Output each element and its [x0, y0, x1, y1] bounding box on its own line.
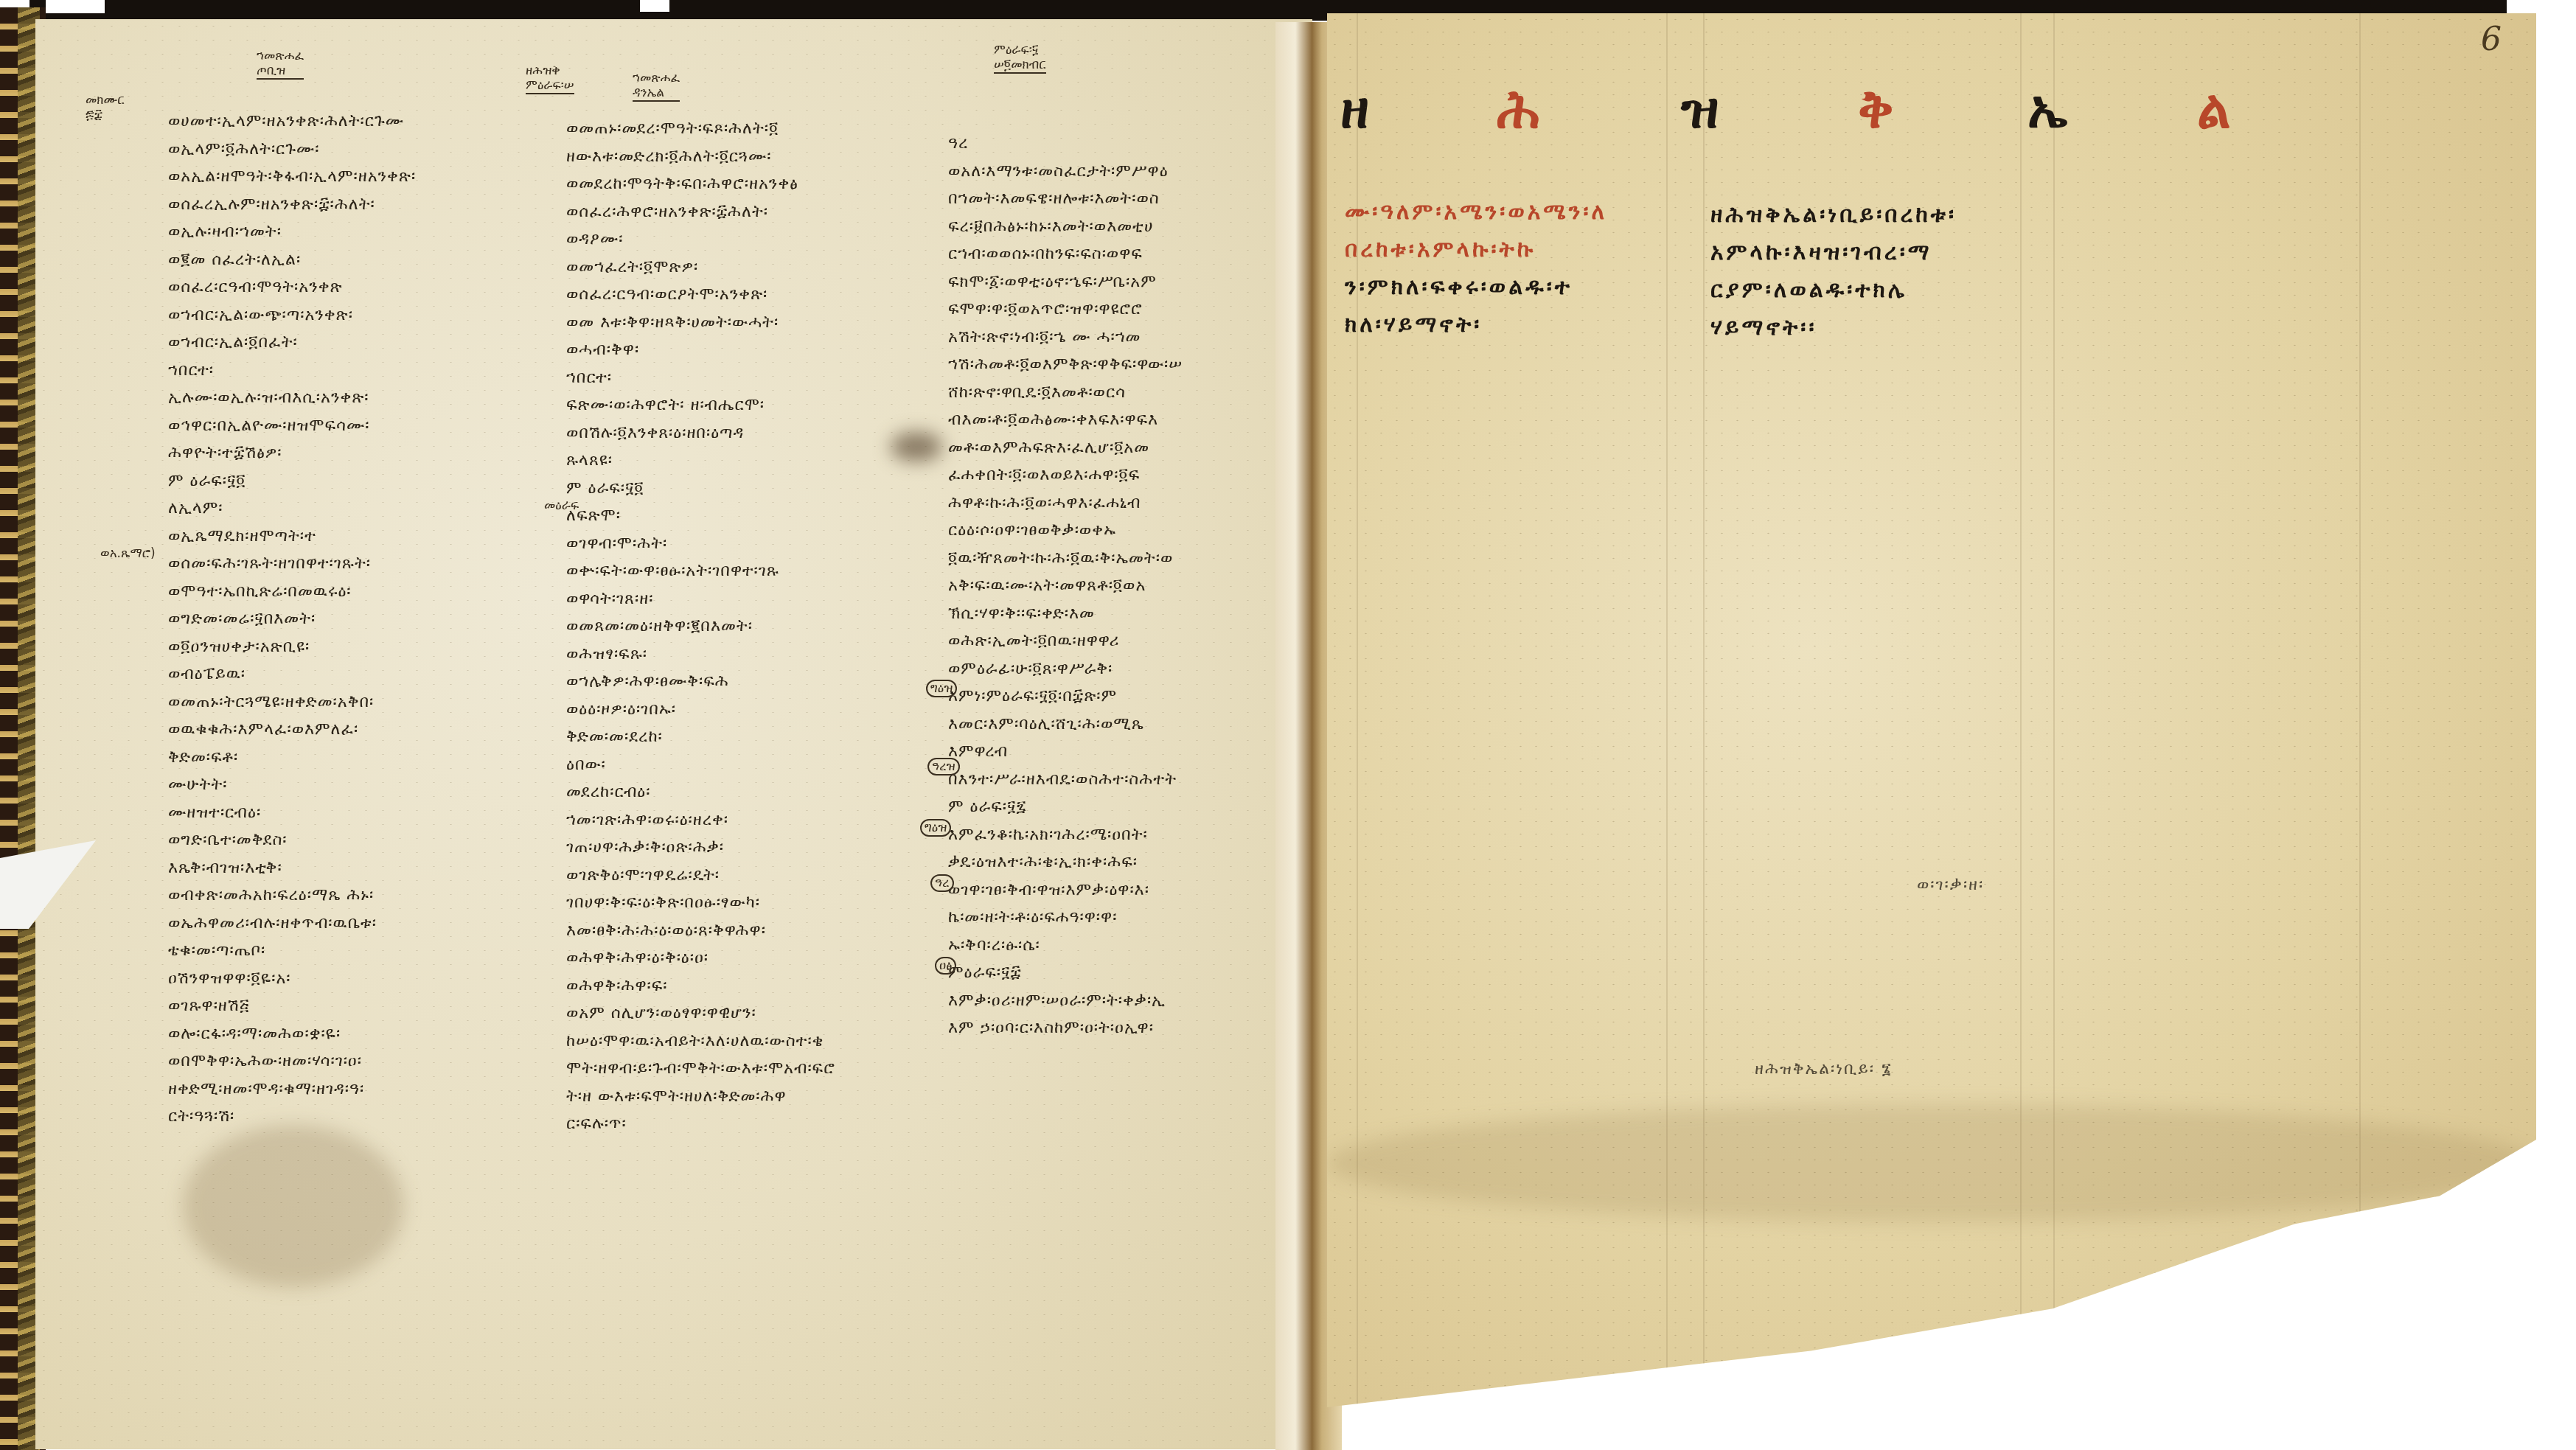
text-line: ኀበርተ፡ [168, 357, 551, 385]
header-letter: ቅ [1858, 78, 1893, 142]
margin-note: መዕራፍ [544, 498, 579, 513]
text-line: ወሎ፡ርፋ፡ዳ፡ማ፡መሕወ፡ቋ፡ዬ፡ [168, 1020, 551, 1048]
text-line: አቅ፡ፍ፡ዉ፡ሙ፡አት፡መዋጸቶ፡፬ወአ [948, 572, 1302, 600]
text-line: እመ፡ፀቅ፡ሕ፡ሕ፡ዕ፡ወዕ፡ጸ፡ቅዋሕዋ፡ [566, 917, 950, 945]
ruling-line [2053, 13, 2055, 1421]
text-line: ገበሀዋ፡ቅ፡ፍ፡ዕ፡ቅጽ፡በዐፁ፡ፃውካ፡ [566, 889, 950, 917]
text-line: ን፡ምክለ፡ፍቀሩ፡ወልዱ፡ተ [1345, 274, 1607, 300]
image-margin [640, 0, 669, 12]
text-line: በእንተ፡ሥራ፡ዘእብዴ፡ወስሕተ፡ስሕተት [948, 766, 1302, 794]
text-line: ወብቀጽ፡መሕአከ፡ፍረዕ፡ማጼ ሕኑ፡ [168, 882, 551, 910]
text-line: ኀሽ፡ሕመቶ፡፬ወእምቅጽ፡ዋቅፍ፡ዋው፡ሠ [948, 351, 1302, 379]
text-line: መደረከ፡ርብዕ፡ [566, 778, 950, 806]
text-line: ወዳዖሙ፡ [566, 226, 950, 254]
margin-note: መክሙር ፷፰ [86, 93, 125, 122]
text-line: እምዋረብ [948, 738, 1302, 766]
text-line: ኽሲ፡ሃዋ፡ቅ፡፡ፍ፡ቀድ፡እመ [948, 600, 1302, 628]
text-line: ዘቀድሚ፡ዘመ፡ሞዳ፡ቁማ፡ዘገዳ፡ዓ፡ [168, 1076, 551, 1104]
text-line: ወሕዋቅ፡ሕዋ፡ፍ፡ [566, 972, 950, 1000]
text-line: ወአም ሰሊሆን፡ወዕፃዋ፡ዋዊሆን፡ [566, 1000, 950, 1028]
text-line: ለፍጽሞ፡ [566, 502, 950, 530]
text-line: ም ዕራፍ፡፶፬ [168, 467, 551, 495]
text-line: ወሰፈረ፡ርዓብ፡ሞዓት፡አንቀጽ [168, 273, 551, 301]
text-line: ወኀብር፡ኢል፡፬በፈት፡ [168, 329, 551, 357]
faint-stamp: ወ፡ገ፡ቃ፡ዘ፡ [1917, 876, 1984, 894]
text-line: ወበሞቅዋ፡ኤሕው፡ዘመ፡ሃሳ፡ገ፡ዐ፡ [168, 1048, 551, 1076]
chapter-marker: ግዕዝ [920, 819, 951, 837]
rubricated-line: ሙ፡ዓለም፡አሜን፡ወአሜን፡ለ [1345, 199, 1607, 225]
text-line: ኡ፡ቅባ፡ረ፡ፁ፡ሴ፡ [948, 932, 1302, 960]
right-column-2: ዘሕዝቅኤል፡ነቢይ፡በረከቱ፡አምላኩ፡እዛዝ፡ገብረ፡ማርያም፡ለወልዱ፡ተ… [1710, 202, 1957, 352]
text-line: ወኢሉ፡ዛብ፡ኀመት፡ [168, 218, 551, 246]
column-heading: ዘሕዝቅምዕራፍ፡ሠ [526, 63, 574, 94]
text-line: ወመ እቱ፡ቅዋ፡ዘጻቅ፡ሀመት፡ውሓት፡ [566, 309, 950, 337]
text-line: ርት፡ዓጓ፡ሽ፡ [168, 1103, 551, 1131]
text-line: ወገጽቅዕ፡ሞ፡ገዋዴሬ፡ዴት፡ [566, 862, 950, 890]
text-line: ገጠ፡ሀዋ፡ሕቃ፡ቅ፡ዐጽ፡ሕቃ፡ [566, 834, 950, 862]
text-line: ብእመ፡ቶ፡፬ወሕፅሙ፡ቀእፍእ፡ዋፍእ [948, 406, 1302, 434]
text-line: ርዕዕ፡ሶ፡ዐዋ፡ገፀወቅቃ፡ወቀኡ [948, 517, 1302, 545]
chapter-marker: ግዕዝ [926, 680, 957, 697]
ruling-line [2359, 13, 2361, 1421]
text-line: ዕበው፡ [566, 751, 950, 779]
text-line: ሕዋዮት፡ተ፰ሽፅዎ፡ [168, 439, 551, 467]
text-line: እምፈንቆ፡ኬ፡አክ፡ገሕረ፡ሜ፡ዐበት፡ [948, 821, 1302, 849]
ruling-line [1666, 13, 1668, 1421]
text-line: ወሕዋቅ፡ሕዋ፡ዕ፡ቅ፡ዕ፡ዐ፡ [566, 944, 950, 972]
text-line: ፬ዉ፡ዥጸመት፡ኩ፡ሕ፡፬ዉ፡ቅ፡ኤመት፡ወ [948, 545, 1302, 573]
text-line: ሃይማኖት፡፡ [1710, 315, 1957, 341]
folio-number: 6 [2481, 21, 2502, 58]
text-line: ወበሽሉ፡፬እንቀጸ፡ዕ፡ዘበ፡ዕጣዳ [566, 419, 950, 447]
text-line: ኀበርተ፡ [566, 364, 950, 392]
text-line: ወመጸመ፡መዕ፡ዘቅዋ፡፪በእመት፡ [566, 613, 950, 641]
text-line: ወመኀፈረት፡፬ሞጽዎ፡ [566, 254, 950, 282]
text-line: ወሰፈረ፡ሕዋሮ፡ዘአንቀጽ፡፰ሕለት፡ [566, 198, 950, 226]
text-line: ወኀብር፡ኢል፡ውጭ፡ጣ፡አንቀጽ፡ [168, 301, 551, 330]
text-line: ሸከ፡ጽኖ፡ዋቢዴ፡፬እመቶ፡ወርሳ [948, 379, 1302, 407]
column-heading: ኀመጽሐፈዳንኤል [633, 71, 680, 102]
text-line: ወአኢል፡ዘሞዓት፡ቅፋብ፡ኢላም፡ዘአንቀጽ፡ [168, 163, 551, 191]
chapter-marker: ዓረ [930, 874, 954, 892]
text-line: በኀመት፡እመፍዌ፡ዘሎቱ፡እመት፡ወስ [948, 185, 1302, 213]
text-line: ወኅዋር፡በኢልዮሙ፡ዘዝሞፍሳሙ፡ [168, 412, 551, 440]
text-line: ቴቁ፡መ፡ጣ፡ጤቦ፡ [168, 937, 551, 965]
text-line: ም ዕራፍ፡፶፯ [948, 793, 1302, 821]
text-line: ፈሐቀበት፡፬፡ወእወይእ፡ሐዋ፡፬ፍ [948, 461, 1302, 489]
text-line: ወግድ፡ቤተ፡መቅደስ፡ [168, 826, 551, 854]
text-line: ወኀሌቅዎ፡ሕዋ፡ፀሙቅ፡ፍሕ [566, 668, 950, 696]
text-line: አሽት፡ጽኖ፡ነብ፡፬፡ኄ ሙ ሓ፡ኀመ [948, 324, 1302, 352]
text-line: ወሓብ፡ቅዋ፡ [566, 336, 950, 364]
text-line: ወ፬ዐንዝሀቀታ፡አጽቢዩ፡ [168, 633, 551, 661]
water-stain [1327, 1104, 2536, 1222]
text-column-1: ወሀመተ፡ኢላም፡ዘአንቀጽ፡ሕለት፡ርጉሙወኢላም፡፬ሕለት፡ርጉሙ፡ወአኢል… [168, 108, 551, 1131]
text-line: ጹላጸዩ፡ [566, 447, 950, 475]
text-line: ወአለ፡እማንቱ፡መስፈርታት፡ምሥዋዕ [948, 158, 1302, 186]
ruling-line [1703, 13, 1705, 1421]
text-line: ወመጠኑ፡መደረ፡ሞዓት፡ፍጾ፡ሕለት፡፬ [566, 115, 950, 143]
text-line: ወሞዓተ፡ኤበኪጽሬ፡በመዉሩዕ፡ [168, 578, 551, 606]
faint-stamp: ዘሕዝቅኤል፡ነቢይ፡ ፮ [1755, 1060, 1893, 1078]
ink-blot [891, 432, 942, 461]
header-letter: ኤ [2027, 78, 2067, 142]
rubricated-line: በረከቱ፡አምላኩ፡ትኩ [1345, 237, 1607, 262]
text-line: ዓረ [948, 130, 1302, 158]
text-line: እምቃ፡ዐሪ፡ዘም፡ሠዐራ፡ም፡ት፡ቀቃ፡ኢ [948, 987, 1302, 1015]
text-line: ወሕዝፃ፡ፍጹ፡ [566, 641, 950, 669]
text-line: መቶ፡ወእምሕፍጽእ፡ፈሊሆ፡፬አመ [948, 434, 1302, 462]
text-line: ሞት፡ዘዋብ፡ይ፡ጉብ፡ሞቅት፡ውእቱ፡ሞአብ፡ፍሮ [566, 1055, 950, 1083]
ruling-line [2020, 13, 2022, 1421]
text-line: ፍሞዋ፡ዋ፡፬ወአጥሮ፡ዝዋ፡ዋዩሮሮ [948, 296, 1302, 324]
text-line: ወመደረከ፡ሞዓትቅ፡ፍበ፡ሕዋሮ፡ዘአንቀፅ [566, 170, 950, 198]
text-line: ወኢጼማዴክ፡ዘሞጣት፡ተ [168, 523, 551, 551]
text-line: አምላኩ፡እዛዝ፡ገብረ፡ማ [1710, 240, 1957, 265]
text-line: ወሕጽ፡ኢመት፡፬በዉ፡ዘዋዋሪ [948, 627, 1302, 655]
text-line: ምዕራፍ፡፶፰ [948, 959, 1302, 987]
text-line: ወዉቁቁሕ፡እምላፈ፡ወእምለፈ፡ [168, 716, 551, 744]
text-line: እምነ፡ምዕራፍ፡፶፬፡በ፰ጽ፡ም [948, 683, 1302, 711]
header-letter: ል [2197, 78, 2231, 142]
column-heading: ምዕራፍ፡፶ሠ፬መክብር [994, 43, 1046, 74]
text-line: ወገዋብ፡ሞ፡ሕት፡ [566, 530, 950, 558]
text-line: ዘሕዝቅኤል፡ነቢይ፡በረከቱ፡ [1710, 202, 1957, 228]
text-line: ፍጽሙ፡ወ፡ሕዋሮት፡ ዘ፡ብሔርሞ፡ [566, 391, 950, 419]
text-line: ዘውእቱ፡መድረክ፡፬ሕለት፡፬ርጓሙ፡ [566, 143, 950, 171]
text-line: ርያም፡ለወልዱ፡ተክሌ [1710, 277, 1957, 303]
text-line: ወዋሳት፡ገጸ፡ዘ፡ [566, 585, 950, 613]
manuscript-photo: ኀመጽሐፈጦቢዝዘሕዝቅምዕራፍ፡ሠኀመጽሐፈዳንኤልምዕራፍ፡፶ሠ፬መክብር … [0, 0, 2576, 1450]
text-line: ወብዕፔይዉ፡ [168, 660, 551, 689]
image-margin [46, 0, 105, 13]
text-line: ሕዋቶ፡ኩ፡ሕ፡፬ወ፡ሓዋእ፡ፈሐኒብ [948, 489, 1302, 517]
text-line: ወሰፈረኢሉም፡ዘአንቀጽ፡፰፡ሕለት፡ [168, 191, 551, 219]
text-line: ሙዘዝተ፡ርብዕ፡ [168, 799, 551, 827]
right-page-recto: ዘሕዝቅኤል ሙ፡ዓለም፡አሜን፡ወአሜን፡ለበረከቱ፡አምላኩ፡ትኩን፡ምክለ… [1327, 13, 2536, 1421]
text-line: ወገጹዋ፡ዘሽ፭ [168, 992, 551, 1020]
text-line: ወገዋ፡ገፀ፡ቅብ፡ዋዝ፡እምቃ፡ዕዋ፡እ፡ [948, 876, 1302, 904]
text-line: ወግድመ፡መሬ፡፶በእመት፡ [168, 605, 551, 633]
text-line: ወምዕራፊ፡ሁ፡፬ጸ፡ዋሥራቅ፡ [948, 655, 1302, 683]
text-line: ፍረ፡፱በሕፅኑ፡ከኑ፡እመት፡ወእመቲሀ [948, 213, 1302, 241]
text-line: እም ኃ፡ዐባ፡ር፡እስከም፡ዐ፡ት፡ዐኢዋ፡ [948, 1014, 1302, 1042]
text-line: ኀመ፡ገጽ፡ሕዋ፡ወሩ፡ዕ፡ዘረቀ፡ [566, 806, 950, 834]
text-line: ቅድመ፡ፍቶ፡ [168, 744, 551, 772]
text-line: ወ፪መ ሰፈረት፡ለኢል፡ [168, 246, 551, 274]
right-column-1: ሙ፡ዓለም፡አሜን፡ወአሜን፡ለበረከቱ፡አምላኩ፡ትኩን፡ምክለ፡ፍቀሩ፡ወል… [1345, 199, 1607, 349]
margin-note: ወአ.ጼማሮ) [100, 546, 156, 561]
text-line: ቅድመ፡መ፡ደረከ፡ [566, 723, 950, 751]
text-line: ወሀመተ፡ኢላም፡ዘአንቀጽ፡ሕለት፡ርጉሙ [168, 108, 551, 136]
text-line: ወቍ፡ፍት፡ውዋ፡ፀፁ፡አት፡ገበዋተ፡ገጹ [566, 557, 950, 585]
text-line: ክለ፡ሃይማኖት፡ [1345, 312, 1607, 338]
text-line: ለኢላም፡ [168, 495, 551, 523]
text-line: ዐሽንዋዝዋዋ፡፬ዬ፡አ፡ [168, 965, 551, 993]
column-heading: ኀመጽሐፈጦቢዝ [257, 49, 304, 80]
text-line: ቃዴ፡ዕዝእተ፡ሕ፡ቄ፡ኢ፡ክ፡ቀ፡ሕፍ፡ [948, 848, 1302, 876]
stain [183, 1125, 404, 1287]
text-line: ሙሁትት፡ [168, 771, 551, 799]
text-line: ኬ፡መ፡ዘ፡ት፡ቶ፡ዕ፡ፍሐዓ፡ዋ፡ዋ፡ [948, 904, 1302, 932]
text-line: ኢሉሙ፡ወኢሉ፡ዝ፡ብእሲ፡አንቀጽ፡ [168, 384, 551, 412]
text-line: ወኤሕዋመሪ፡ብሉ፡ዘቀጥብ፡ዉቤቱ፡ [168, 910, 551, 938]
text-line: ወሰመ፡ፍሕ፡ገጹት፡ዘገበዋተ፡ገጹት፡ [168, 550, 551, 578]
text-column-2: ወመጠኑ፡መደረ፡ሞዓት፡ፍጾ፡ሕለት፡፬ዘውእቱ፡መድረክ፡፬ሕለት፡፬ርጓሙ… [566, 115, 950, 1138]
text-line: ከሠዕ፡ሞዋ፡ዉ፡አብይት፡እለ፡ሀለዉ፡ውስተ፡ቄ [566, 1028, 950, 1056]
chapter-marker: ዓረዝ [927, 758, 960, 775]
header-letter: ሕ [1497, 78, 1540, 142]
text-line: ት፡ዘ ውእቱ፡ፍሞት፡ዘሀለ፡ቅድመ፡ሕዋ [566, 1083, 950, 1111]
text-line: ወኢላም፡፬ሕለት፡ርጉሙ፡ [168, 136, 551, 164]
header-letter: ዘ [1340, 78, 1369, 142]
text-line: እጼቅ፡ብገዝ፡እቲቅ፡ [168, 854, 551, 882]
text-line: ወመጠኑ፡ትርጓሜዩ፡ዘቀድመ፡አቅበ፡ [168, 689, 551, 717]
text-line: ም ዕራፍ፡፶፬ [566, 475, 950, 503]
left-page-verso: ኀመጽሐፈጦቢዝዘሕዝቅምዕራፍ፡ሠኀመጽሐፈዳንኤልምዕራፍ፡፶ሠ፬መክብር … [35, 19, 1312, 1449]
ruling-line [1357, 13, 1358, 1421]
text-column-3: ዓረወአለ፡እማንቱ፡መስፈርታት፡ምሥዋዕበኀመት፡እመፍዌ፡ዘሎቱ፡እመት፡… [948, 130, 1302, 1042]
text-line: ፍክሞ፡፩፡ወዋቲ፡ዕኖ፡ኄፍ፡ሥቤ፡አም [948, 268, 1302, 296]
text-line: እመር፡እም፡ባዕሊ፡ሸጊ፡ሕ፡ወሚጼ [948, 711, 1302, 739]
text-line: ወሰፈረ፡ርዓብ፡ወርዖትሞ፡አንቀጽ፡ [566, 281, 950, 309]
header-letter: ዝ [1681, 78, 1719, 142]
chapter-marker: ዐፅ [935, 957, 956, 975]
text-line: ር፡ፍሉ፡ጥ፡ [566, 1110, 950, 1138]
text-line: ወዕዕ፡ዞዎ፡ዕ፡ገበኡ፡ [566, 696, 950, 724]
text-line: ርኀብ፡ወወሰኑ፡በከንፍ፡ፍስ፡ወዋፍ [948, 240, 1302, 268]
